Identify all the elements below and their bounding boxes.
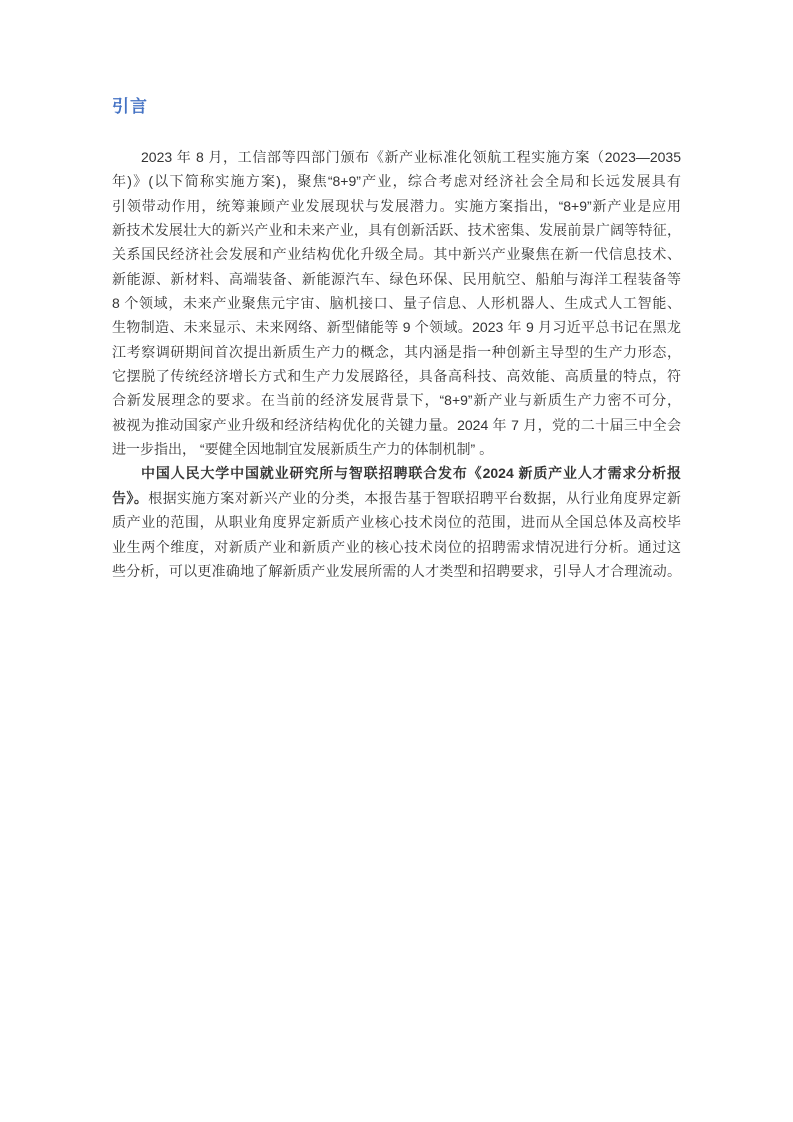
body-text-segment: 新能源、新材料、高端装备、新能源汽车、绿色环保、民用航空、船舶与海洋工程装备等 <box>112 271 681 287</box>
text-line: 生物制造、未来显示、未来网络、新型储能等 9 个领域。2023 年 9 月习近平… <box>112 315 681 339</box>
body-text-segment: 些分析，可以更准确地了解新质产业发展所需的人才类型和招聘要求，引导人才合理流动。 <box>112 563 681 579</box>
body-text-segment: 2023 年 8 月，工信部等四部门颁布《新产业标准化领航工程实施方案（2023… <box>141 149 681 165</box>
body-text-segment: 进一步指出， “要健全因地制宜发展新质生产力的体制机制” 。 <box>112 441 493 457</box>
body-text-segment: 业生两个维度，对新质产业和新质产业的核心技术岗位的招聘需求情况进行分析。通过这 <box>112 539 681 555</box>
document-content: 引言 2023 年 8 月，工信部等四部门颁布《新产业标准化领航工程实施方案（2… <box>112 96 681 583</box>
text-line: 江考察调研期间首次提出新质生产力的概念，其内涵是指一种创新主导型的生产力形态， <box>112 340 681 364</box>
body-text-segment: 新技术发展壮大的新兴产业和未来产业，具有创新活跃、技术密集、发展前景广阔等特征， <box>112 222 681 238</box>
body-text-segment: 生物制造、未来显示、未来网络、新型储能等 9 个领域。2023 年 9 月习近平… <box>112 319 681 335</box>
document-body: 2023 年 8 月，工信部等四部门颁布《新产业标准化领航工程实施方案（2023… <box>112 145 681 583</box>
text-line: 年)》(以下简称实施方案)，聚焦“8+9”产业，综合考虑对经济社会全局和长远发展… <box>112 169 681 193</box>
body-text-segment: 被视为推动国家产业升级和经济结构优化的关键力量。2024 年 7 月，党的二十届… <box>112 417 681 433</box>
text-line: 合新发展理念的要求。在当前的经济发展背景下，“8+9”新产业与新质生产力密不可分… <box>112 388 681 412</box>
text-line: 些分析，可以更准确地了解新质产业发展所需的人才类型和招聘要求，引导人才合理流动。 <box>112 559 681 583</box>
document-page: 引言 2023 年 8 月，工信部等四部门颁布《新产业标准化领航工程实施方案（2… <box>0 0 793 1122</box>
body-text-segment: 引领带动作用，统筹兼顾产业发展现状与发展潜力。实施方案指出，“8+9”新产业是应… <box>112 198 681 214</box>
text-line: 业生两个维度，对新质产业和新质产业的核心技术岗位的招聘需求情况进行分析。通过这 <box>112 535 681 559</box>
body-text-segment: 江考察调研期间首次提出新质生产力的概念，其内涵是指一种创新主导型的生产力形态， <box>112 344 681 360</box>
bold-text-segment: 中国人民大学中国就业研究所与智联招聘联合发布《2024 新质产业人才需求分析报 <box>141 465 681 481</box>
bold-text-segment: 告》。 <box>112 490 148 506</box>
text-line: 2023 年 8 月，工信部等四部门颁布《新产业标准化领航工程实施方案（2023… <box>112 145 681 169</box>
text-line: 它摆脱了传统经济增长方式和生产力发展路径，具备高科技、高效能、高质量的特点，符 <box>112 364 681 388</box>
text-line: 告》。根据实施方案对新兴产业的分类，本报告基于智联招聘平台数据，从行业角度界定新 <box>112 486 681 510</box>
paragraph: 2023 年 8 月，工信部等四部门颁布《新产业标准化领航工程实施方案（2023… <box>112 145 681 461</box>
body-text-segment: 质产业的范围，从职业角度界定新质产业核心技术岗位的范围，进而从全国总体及高校毕 <box>112 514 681 530</box>
text-line: 新能源、新材料、高端装备、新能源汽车、绿色环保、民用航空、船舶与海洋工程装备等 <box>112 267 681 291</box>
text-line: 关系国民经济社会发展和产业结构优化升级全局。其中新兴产业聚焦在新一代信息技术、 <box>112 242 681 266</box>
text-line: 引领带动作用，统筹兼顾产业发展现状与发展潜力。实施方案指出，“8+9”新产业是应… <box>112 194 681 218</box>
body-text-segment: 关系国民经济社会发展和产业结构优化升级全局。其中新兴产业聚焦在新一代信息技术、 <box>112 246 681 262</box>
body-text-segment: 8 个领域，未来产业聚焦元宇宙、脑机接口、量子信息、人形机器人、生成式人工智能、 <box>112 295 681 311</box>
text-line: 被视为推动国家产业升级和经济结构优化的关键力量。2024 年 7 月，党的二十届… <box>112 413 681 437</box>
text-line: 新技术发展壮大的新兴产业和未来产业，具有创新活跃、技术密集、发展前景广阔等特征， <box>112 218 681 242</box>
paragraph: 中国人民大学中国就业研究所与智联招聘联合发布《2024 新质产业人才需求分析报告… <box>112 461 681 583</box>
text-line: 中国人民大学中国就业研究所与智联招聘联合发布《2024 新质产业人才需求分析报 <box>112 461 681 485</box>
body-text-segment: 年)》(以下简称实施方案)，聚焦“8+9”产业，综合考虑对经济社会全局和长远发展… <box>112 173 681 189</box>
body-text-segment: 合新发展理念的要求。在当前的经济发展背景下，“8+9”新产业与新质生产力密不可分… <box>112 392 681 408</box>
body-text-segment: 根据实施方案对新兴产业的分类，本报告基于智联招聘平台数据，从行业角度界定新 <box>148 490 681 506</box>
body-text-segment: 它摆脱了传统经济增长方式和生产力发展路径，具备高科技、高效能、高质量的特点，符 <box>112 368 681 384</box>
page-heading: 引言 <box>112 96 681 117</box>
text-line: 进一步指出， “要健全因地制宜发展新质生产力的体制机制” 。 <box>112 437 681 461</box>
text-line: 质产业的范围，从职业角度界定新质产业核心技术岗位的范围，进而从全国总体及高校毕 <box>112 510 681 534</box>
text-line: 8 个领域，未来产业聚焦元宇宙、脑机接口、量子信息、人形机器人、生成式人工智能、 <box>112 291 681 315</box>
